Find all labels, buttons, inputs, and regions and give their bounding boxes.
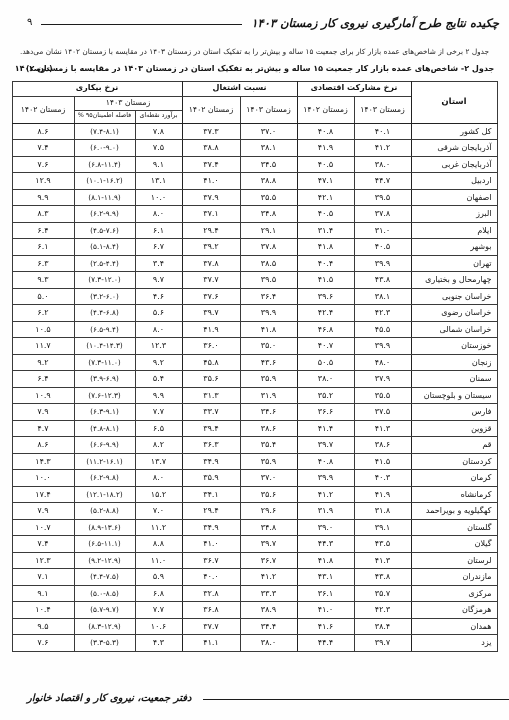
cell-unemployment-ci-1403: (۶.۳-۹.۱) [74, 404, 135, 421]
header-rule [41, 24, 242, 25]
cell-unemployment-1402: ۶.۴ [12, 222, 74, 239]
cell-unemployment-1402: ۶.۱ [12, 239, 74, 256]
header-participation-1403: زمستان ۱۴۰۳ [354, 96, 411, 123]
cell-employment-1403: ۳۱.۹ [240, 387, 297, 404]
cell-unemployment-ci-1403: (۱۰.۴-۱۴.۳) [74, 338, 135, 355]
cell-participation-1402: ۴۳.۱ [297, 569, 354, 586]
table-row: فارس۳۷.۵۳۶.۶۳۴.۶۳۳.۷۷.۷(۶.۳-۹.۱)۷.۹ [12, 404, 497, 421]
cell-province: قم [411, 437, 497, 454]
cell-unemployment-point-1403: ۱۰.۶ [135, 618, 182, 635]
header-participation-group: نرخ مشارکت اقتصادی [297, 81, 411, 96]
labor-market-table: استان نرخ مشارکت اقتصادی نسبت اشتغال نرخ… [12, 81, 498, 652]
cell-unemployment-ci-1403: (۵.۷-۹.۷) [74, 602, 135, 619]
cell-employment-1402: ۳۷.۱ [182, 206, 240, 223]
table-row: کرمانشاه۴۱.۹۴۱.۲۳۵.۶۳۴.۱۱۵.۲(۱۲.۱-۱۸.۲)۱… [12, 486, 497, 503]
cell-participation-1403: ۴۳.۸ [354, 569, 411, 586]
cell-participation-1402: ۳۹.۷ [297, 437, 354, 454]
cell-unemployment-point-1403: ۵.۹ [135, 569, 182, 586]
table-row: هرمزگان۴۲.۳۴۱.۰۳۸.۹۳۶.۸۷.۷(۵.۷-۹.۷)۱۰.۴ [12, 602, 497, 619]
cell-employment-1403: ۳۶.۷ [240, 552, 297, 569]
cell-unemployment-point-1403: ۷.۷ [135, 404, 182, 421]
cell-employment-1403: ۳۸.۶ [240, 420, 297, 437]
cell-unemployment-point-1403: ۹.۹ [135, 387, 182, 404]
cell-province: خراسان جنوبی [411, 288, 497, 305]
cell-unemployment-ci-1403: (۶.۸-۱۱.۴) [74, 156, 135, 173]
cell-employment-1402: ۳۷.۷ [182, 618, 240, 635]
cell-participation-1403: ۴۰.۵ [354, 239, 411, 256]
cell-participation-1402: ۳۶.۶ [297, 404, 354, 421]
cell-participation-1402: ۴۴.۳ [297, 536, 354, 553]
cell-province: همدان [411, 618, 497, 635]
cell-employment-1402: ۳۷.۳ [182, 123, 240, 140]
cell-employment-1403: ۳۷.۸ [240, 239, 297, 256]
footer: دفتر جمعیت، نیروی کار و اقتصاد خانوار [0, 693, 509, 704]
cell-unemployment-ci-1403: (۳.۹-۶.۹) [74, 371, 135, 388]
cell-employment-1403: ۳۴.۸ [240, 206, 297, 223]
table-row: قزوین۴۱.۳۴۱.۴۳۸.۶۳۹.۴۶.۵(۴.۸-۸.۱)۴.۷ [12, 420, 497, 437]
header-unemployment-1403: زمستان ۱۴۰۳ [74, 96, 182, 110]
cell-unemployment-ci-1403: (۸.۹-۱۳.۶) [74, 519, 135, 536]
cell-unemployment-ci-1403: (۶.۶-۹.۹) [74, 437, 135, 454]
cell-employment-1403: ۳۸.۵ [240, 255, 297, 272]
table-row: سمنان۳۷.۹۳۸.۰۳۵.۹۳۵.۶۵.۴(۳.۹-۶.۹)۶.۴ [12, 371, 497, 388]
cell-unemployment-point-1403: ۶.۸ [135, 585, 182, 602]
table-row: گلستان۳۹.۱۳۹.۰۳۴.۸۳۴.۹۱۱.۲(۸.۹-۱۳.۶)۱۰.۷ [12, 519, 497, 536]
table-row: همدان۳۸.۴۴۱.۶۳۴.۴۳۷.۷۱۰.۶(۸.۳-۱۲.۹)۹.۵ [12, 618, 497, 635]
cell-unemployment-1402: ۹.۲ [12, 354, 74, 371]
cell-province: اردبیل [411, 173, 497, 190]
table-row: قم۳۸.۶۳۹.۷۳۵.۴۳۶.۳۸.۲(۶.۶-۹.۹)۸.۶ [12, 437, 497, 454]
cell-unemployment-1402: ۱۷.۴ [12, 486, 74, 503]
cell-employment-1403: ۳۴.۶ [240, 404, 297, 421]
cell-unemployment-1402: ۵.۰ [12, 288, 74, 305]
cell-province: مرکزی [411, 585, 497, 602]
table-header: استان نرخ مشارکت اقتصادی نسبت اشتغال نرخ… [12, 81, 497, 123]
cell-participation-1403: ۴۸.۰ [354, 354, 411, 371]
cell-participation-1403: ۴۰.۱ [354, 123, 411, 140]
cell-participation-1403: ۳۹.۷ [354, 635, 411, 652]
cell-employment-1403: ۳۴.۸ [240, 519, 297, 536]
table-row: آذربایجان غربی۳۸.۰۴۰.۵۳۴.۵۳۷.۴۹.۱(۶.۸-۱۱… [12, 156, 497, 173]
cell-unemployment-point-1403: ۸.۰ [135, 321, 182, 338]
header-province: استان [411, 81, 497, 123]
cell-participation-1403: ۳۵.۵ [354, 387, 411, 404]
cell-participation-1403: ۴۱.۳ [354, 420, 411, 437]
cell-unemployment-point-1403: ۷.۷ [135, 602, 182, 619]
cell-unemployment-ci-1403: (۵.۰-۸.۵) [74, 585, 135, 602]
cell-participation-1402: ۴۰.۸ [297, 453, 354, 470]
cell-employment-1403: ۳۹.۹ [240, 305, 297, 322]
cell-employment-1403: ۳۴.۴ [240, 618, 297, 635]
cell-employment-1402: ۴۱.۰ [182, 536, 240, 553]
cell-unemployment-1402: ۱۰.۰ [12, 470, 74, 487]
cell-unemployment-point-1403: ۱۰.۰ [135, 189, 182, 206]
table-row: کهگیلویه و بویراحمد۳۱.۸۳۱.۹۲۹.۶۲۹.۴۷.۰(۵… [12, 503, 497, 520]
cell-unemployment-1402: ۶.۲ [12, 305, 74, 322]
cell-employment-1403: ۳۵.۶ [240, 486, 297, 503]
cell-unemployment-1402: ۸.۳ [12, 206, 74, 223]
cell-employment-1403: ۴۳.۶ [240, 354, 297, 371]
cell-province: اصفهان [411, 189, 497, 206]
cell-employment-1403: ۳۹.۵ [240, 272, 297, 289]
cell-employment-1402: ۳۴.۹ [182, 519, 240, 536]
cell-participation-1403: ۴۳.۵ [354, 536, 411, 553]
cell-employment-1402: ۳۶.۰ [182, 338, 240, 355]
cell-participation-1402: ۴۱.۰ [297, 602, 354, 619]
cell-participation-1403: ۴۵.۵ [354, 321, 411, 338]
cell-participation-1403: ۴۲.۳ [354, 602, 411, 619]
cell-employment-1403: ۳۸.۱ [240, 140, 297, 157]
cell-unemployment-point-1403: ۵.۶ [135, 305, 182, 322]
cell-employment-1402: ۳۴.۱ [182, 486, 240, 503]
cell-unemployment-point-1403: ۶.۱ [135, 222, 182, 239]
cell-province: البرز [411, 206, 497, 223]
cell-province: گلستان [411, 519, 497, 536]
cell-participation-1403: ۳۹.۱ [354, 519, 411, 536]
report-title: چکیده نتایج طرح آمارگیری نیروی کار زمستا… [251, 16, 499, 30]
table-row: مرکزی۳۵.۷۳۶.۱۳۳.۳۳۲.۸۶.۸(۵.۰-۸.۵)۹.۱ [12, 585, 497, 602]
cell-unemployment-1402: ۶.۴ [12, 371, 74, 388]
cell-unemployment-1402: ۹.۵ [12, 618, 74, 635]
cell-province: کردستان [411, 453, 497, 470]
cell-unemployment-point-1403: ۵.۴ [135, 371, 182, 388]
cell-unemployment-ci-1403: (۶.۰-۹.۰) [74, 140, 135, 157]
cell-employment-1403: ۳۵.۴ [240, 437, 297, 454]
cell-unemployment-point-1403: ۸.۰ [135, 206, 182, 223]
cell-participation-1403: ۳۸.۰ [354, 156, 411, 173]
header-participation-1402: زمستان ۱۴۰۲ [297, 96, 354, 123]
cell-province: ایلام [411, 222, 497, 239]
cell-unemployment-1402: ۱۰.۹ [12, 387, 74, 404]
cell-unemployment-1402: ۷.۶ [12, 635, 74, 652]
cell-participation-1403: ۳۹.۹ [354, 255, 411, 272]
cell-employment-1402: ۳۲.۸ [182, 585, 240, 602]
cell-unemployment-1402: ۷.۴ [12, 536, 74, 553]
cell-employment-1402: ۳۶.۸ [182, 602, 240, 619]
cell-unemployment-1402: ۱۲.۳ [12, 552, 74, 569]
cell-participation-1402: ۴۰.۵ [297, 206, 354, 223]
cell-participation-1402: ۴۱.۹ [297, 140, 354, 157]
cell-unemployment-point-1403: ۳.۴ [135, 255, 182, 272]
cell-employment-1403: ۲۹.۱ [240, 222, 297, 239]
cell-unemployment-1402: ۷.۱ [12, 569, 74, 586]
cell-employment-1402: ۴۵.۸ [182, 354, 240, 371]
cell-participation-1402: ۳۹.۶ [297, 288, 354, 305]
cell-unemployment-ci-1403: (۴.۴-۶.۸) [74, 305, 135, 322]
header-employment-group: نسبت اشتغال [182, 81, 297, 96]
cell-employment-1403: ۳۵.۵ [240, 189, 297, 206]
cell-employment-1403: ۲۹.۶ [240, 503, 297, 520]
cell-unemployment-point-1403: ۴.۳ [135, 635, 182, 652]
header-point-estimate: برآورد نقطه‌ای [135, 110, 182, 123]
cell-participation-1403: ۳۷.۹ [354, 371, 411, 388]
cell-province: سیستان و بلوچستان [411, 387, 497, 404]
cell-employment-1402: ۳۷.۴ [182, 156, 240, 173]
page-number: ۹ [27, 18, 32, 28]
cell-unemployment-ci-1403: (۷.۴-۸.۱) [74, 123, 135, 140]
cell-province: فارس [411, 404, 497, 421]
table-row: مازندران۴۳.۸۴۳.۱۴۱.۲۴۰.۰۵.۹(۴.۴-۷.۵)۷.۱ [12, 569, 497, 586]
cell-employment-1402: ۴۰.۰ [182, 569, 240, 586]
cell-unemployment-1402: ۷.۹ [12, 503, 74, 520]
cell-employment-1403: ۴۱.۸ [240, 321, 297, 338]
cell-unemployment-1402: ۱۱.۷ [12, 338, 74, 355]
cell-province: هرمزگان [411, 602, 497, 619]
table-row: ایلام۳۱.۰۳۱.۴۲۹.۱۲۹.۴۶.۱(۴.۵-۷.۶)۶.۴ [12, 222, 497, 239]
cell-participation-1403: ۴۰.۳ [354, 470, 411, 487]
cell-unemployment-1402: ۶.۳ [12, 255, 74, 272]
cell-participation-1403: ۴۱.۹ [354, 486, 411, 503]
cell-unemployment-point-1403: ۸.۰ [135, 470, 182, 487]
table-row: خراسان شمالی۴۵.۵۴۶.۸۴۱.۸۴۱.۹۸.۰(۶.۵-۹.۴)… [12, 321, 497, 338]
table-row: خراسان رضوی۴۲.۳۴۲.۴۳۹.۹۳۹.۷۵.۶(۴.۴-۶.۸)۶… [12, 305, 497, 322]
cell-unemployment-point-1403: ۱۵.۲ [135, 486, 182, 503]
footer-rule [203, 699, 509, 700]
cell-unemployment-point-1403: ۴.۶ [135, 288, 182, 305]
cell-unemployment-point-1403: ۹.۷ [135, 272, 182, 289]
table-title: جدول ۲- شاخص‌های عمده بازار کار جمعیت ۱۵… [0, 64, 509, 73]
cell-participation-1402: ۴۱.۶ [297, 618, 354, 635]
cell-participation-1402: ۴۱.۲ [297, 486, 354, 503]
cell-participation-1402: ۴۰.۸ [297, 123, 354, 140]
cell-province: کل کشور [411, 123, 497, 140]
cell-employment-1403: ۳۳.۳ [240, 585, 297, 602]
cell-employment-1403: ۳۴.۵ [240, 156, 297, 173]
table-row: یزد۳۹.۷۴۴.۴۳۸.۰۴۱.۱۴.۳(۳.۳-۵.۳)۷.۶ [12, 635, 497, 652]
cell-employment-1402: ۳۷.۷ [182, 272, 240, 289]
table-title-row: جدول ۲- شاخص‌های عمده بازار کار جمعیت ۱۵… [0, 64, 509, 76]
cell-participation-1402: ۴۲.۴ [297, 305, 354, 322]
cell-province: یزد [411, 635, 497, 652]
cell-unemployment-1402: ۱۰.۴ [12, 602, 74, 619]
cell-participation-1402: ۴۲.۱ [297, 189, 354, 206]
table-row: چهارمحال و بختیاری۴۳.۸۴۱.۵۳۹.۵۳۷.۷۹.۷(۷.… [12, 272, 497, 289]
cell-province: کرمان [411, 470, 497, 487]
cell-participation-1402: ۳۹.۰ [297, 519, 354, 536]
cell-participation-1402: ۴۷.۱ [297, 173, 354, 190]
cell-employment-1402: ۲۹.۴ [182, 222, 240, 239]
cell-unemployment-ci-1403: (۱۰.۱-۱۶.۲) [74, 173, 135, 190]
cell-province: زنجان [411, 354, 497, 371]
header-employment-1402: زمستان ۱۴۰۲ [182, 96, 240, 123]
table-row: اردبیل۴۴.۷۴۷.۱۳۸.۸۴۱.۰۱۳.۱(۱۰.۱-۱۶.۲)۱۲.… [12, 173, 497, 190]
cell-province: کرمانشاه [411, 486, 497, 503]
table-row: سیستان و بلوچستان۳۵.۵۳۵.۲۳۱.۹۳۱.۳۹.۹(۷.۶… [12, 387, 497, 404]
cell-employment-1402: ۳۵.۹ [182, 470, 240, 487]
cell-participation-1402: ۳۶.۱ [297, 585, 354, 602]
table-row: خوزستان۳۹.۹۴۰.۷۳۵.۰۳۶.۰۱۲.۳(۱۰.۴-۱۴.۳)۱۱… [12, 338, 497, 355]
cell-province: تهران [411, 255, 497, 272]
header-unemployment-group: نرخ بیکاری [12, 81, 182, 96]
cell-unemployment-1402: ۹.۱ [12, 585, 74, 602]
cell-unemployment-1402: ۸.۶ [12, 437, 74, 454]
table-row: خراسان جنوبی۳۸.۱۳۹.۶۳۶.۴۳۷.۶۴.۶(۳.۲-۶.۰)… [12, 288, 497, 305]
cell-participation-1403: ۳۹.۵ [354, 189, 411, 206]
table-row: البرز۳۷.۸۴۰.۵۳۴.۸۳۷.۱۸.۰(۶.۲-۹.۹)۸.۳ [12, 206, 497, 223]
cell-province: قزوین [411, 420, 497, 437]
cell-unemployment-point-1403: ۱۳.۷ [135, 453, 182, 470]
cell-employment-1402: ۳۶.۷ [182, 552, 240, 569]
cell-employment-1402: ۳۱.۳ [182, 387, 240, 404]
cell-unemployment-ci-1403: (۴.۴-۷.۵) [74, 569, 135, 586]
cell-participation-1402: ۳۸.۰ [297, 371, 354, 388]
cell-employment-1403: ۳۵.۹ [240, 453, 297, 470]
cell-participation-1402: ۳۱.۴ [297, 222, 354, 239]
cell-participation-1402: ۳۱.۹ [297, 503, 354, 520]
cell-employment-1403: ۳۶.۴ [240, 288, 297, 305]
header-unemployment-1402: زمستان ۱۴۰۲ [12, 96, 74, 123]
cell-participation-1402: ۴۱.۸ [297, 552, 354, 569]
table-row: زنجان۴۸.۰۵۰.۵۴۳.۶۴۵.۸۹.۲(۷.۳-۱۱.۰)۹.۲ [12, 354, 497, 371]
cell-unemployment-point-1403: ۶.۷ [135, 239, 182, 256]
cell-participation-1403: ۴۱.۲ [354, 140, 411, 157]
cell-participation-1402: ۴۴.۴ [297, 635, 354, 652]
cell-unemployment-point-1403: ۸.۲ [135, 437, 182, 454]
cell-unemployment-ci-1403: (۶.۵-۱۱.۱) [74, 536, 135, 553]
cell-participation-1403: ۳۸.۴ [354, 618, 411, 635]
cell-unemployment-ci-1403: (۳.۳-۵.۳) [74, 635, 135, 652]
cell-employment-1403: ۳۷.۰ [240, 470, 297, 487]
cell-participation-1402: ۴۱.۸ [297, 239, 354, 256]
cell-unemployment-1402: ۷.۶ [12, 156, 74, 173]
cell-unemployment-ci-1403: (۲.۵-۴.۴) [74, 255, 135, 272]
cell-unemployment-ci-1403: (۴.۵-۷.۶) [74, 222, 135, 239]
cell-unemployment-1402: ۱۲.۹ [12, 173, 74, 190]
unit-note: (درصد) [26, 64, 53, 73]
cell-employment-1402: ۳۵.۶ [182, 371, 240, 388]
header-confidence-interval: فاصله اطمینان۹۵ % [74, 110, 135, 123]
cell-unemployment-point-1403: ۷.۵ [135, 140, 182, 157]
table-body: کل کشور۴۰.۱۴۰.۸۳۷.۰۳۷.۳۷.۸(۷.۴-۸.۱)۸.۶آذ… [12, 123, 497, 651]
cell-unemployment-1402: ۱۰.۷ [12, 519, 74, 536]
header-employment-1403: زمستان ۱۴۰۳ [240, 96, 297, 123]
table-row: بوشهر۴۰.۵۴۱.۸۳۷.۸۳۹.۲۶.۷(۵.۱-۸.۴)۶.۱ [12, 239, 497, 256]
cell-participation-1402: ۳۵.۲ [297, 387, 354, 404]
cell-employment-1402: ۳۹.۴ [182, 420, 240, 437]
cell-unemployment-1402: ۷.۴ [12, 140, 74, 157]
cell-unemployment-ci-1403: (۶.۲-۹.۹) [74, 206, 135, 223]
cell-unemployment-ci-1403: (۳.۲-۶.۰) [74, 288, 135, 305]
cell-employment-1403: ۴۱.۲ [240, 569, 297, 586]
cell-participation-1402: ۵۰.۵ [297, 354, 354, 371]
cell-participation-1402: ۴۰.۴ [297, 255, 354, 272]
cell-unemployment-point-1403: ۸.۸ [135, 536, 182, 553]
cell-unemployment-1402: ۱۰.۵ [12, 321, 74, 338]
cell-employment-1403: ۳۵.۹ [240, 371, 297, 388]
cell-participation-1403: ۳۸.۶ [354, 437, 411, 454]
cell-employment-1402: ۳۶.۳ [182, 437, 240, 454]
cell-participation-1402: ۴۱.۵ [297, 272, 354, 289]
table-row: کردستان۴۱.۵۴۰.۸۳۵.۹۳۴.۹۱۳.۷(۱۱.۲-۱۶.۱)۱۴… [12, 453, 497, 470]
cell-province: سمنان [411, 371, 497, 388]
cell-employment-1402: ۳۴.۹ [182, 453, 240, 470]
cell-unemployment-ci-1403: (۶.۲-۹.۸) [74, 470, 135, 487]
cell-participation-1403: ۳۱.۸ [354, 503, 411, 520]
cell-unemployment-1402: ۹.۳ [12, 272, 74, 289]
cell-province: لرستان [411, 552, 497, 569]
cell-unemployment-point-1403: ۶.۵ [135, 420, 182, 437]
cell-employment-1402: ۳۳.۷ [182, 404, 240, 421]
cell-participation-1403: ۳۵.۷ [354, 585, 411, 602]
cell-unemployment-point-1403: ۱۱.۲ [135, 519, 182, 536]
cell-province: چهارمحال و بختیاری [411, 272, 497, 289]
cell-employment-1403: ۳۷.۰ [240, 123, 297, 140]
table-row: گیلان۴۳.۵۴۴.۳۳۹.۷۴۱.۰۸.۸(۶.۵-۱۱.۱)۷.۴ [12, 536, 497, 553]
cell-unemployment-point-1403: ۱۱.۰ [135, 552, 182, 569]
cell-employment-1403: ۳۸.۸ [240, 173, 297, 190]
cell-participation-1403: ۴۱.۳ [354, 552, 411, 569]
running-head: چکیده نتایج طرح آمارگیری نیروی کار زمستا… [0, 0, 509, 30]
cell-unemployment-ci-1403: (۸.۳-۱۲.۹) [74, 618, 135, 635]
cell-employment-1402: ۳۸.۸ [182, 140, 240, 157]
cell-employment-1402: ۳۷.۹ [182, 189, 240, 206]
cell-employment-1402: ۳۹.۲ [182, 239, 240, 256]
cell-unemployment-1402: ۴.۷ [12, 420, 74, 437]
cell-employment-1402: ۳۷.۸ [182, 255, 240, 272]
table-row: آذربایجان شرقی۴۱.۲۴۱.۹۳۸.۱۳۸.۸۷.۵(۶.۰-۹.… [12, 140, 497, 157]
cell-employment-1402: ۴۱.۰ [182, 173, 240, 190]
cell-unemployment-point-1403: ۱۳.۱ [135, 173, 182, 190]
cell-unemployment-1402: ۷.۹ [12, 404, 74, 421]
cell-province: گیلان [411, 536, 497, 553]
cell-participation-1403: ۴۲.۳ [354, 305, 411, 322]
cell-participation-1403: ۴۱.۵ [354, 453, 411, 470]
table-row: کرمان۴۰.۳۳۹.۹۳۷.۰۳۵.۹۸.۰(۶.۲-۹.۸)۱۰.۰ [12, 470, 497, 487]
cell-unemployment-ci-1403: (۹.۲-۱۲.۹) [74, 552, 135, 569]
cell-province: مازندران [411, 569, 497, 586]
cell-participation-1402: ۳۹.۹ [297, 470, 354, 487]
cell-unemployment-point-1403: ۹.۱ [135, 156, 182, 173]
footer-office-name: دفتر جمعیت، نیروی کار و اقتصاد خانوار [27, 693, 191, 704]
cell-employment-1403: ۳۸.۹ [240, 602, 297, 619]
cell-unemployment-ci-1403: (۴.۸-۸.۱) [74, 420, 135, 437]
cell-unemployment-1402: ۱۴.۳ [12, 453, 74, 470]
cell-employment-1402: ۴۱.۱ [182, 635, 240, 652]
cell-participation-1403: ۳۸.۱ [354, 288, 411, 305]
cell-employment-1403: ۳۹.۷ [240, 536, 297, 553]
cell-unemployment-ci-1403: (۵.۱-۸.۴) [74, 239, 135, 256]
cell-unemployment-1402: ۹.۹ [12, 189, 74, 206]
cell-unemployment-point-1403: ۱۲.۳ [135, 338, 182, 355]
table-row: تهران۳۹.۹۴۰.۴۳۸.۵۳۷.۸۳.۴(۲.۵-۴.۴)۶.۳ [12, 255, 497, 272]
cell-participation-1402: ۴۶.۸ [297, 321, 354, 338]
cell-participation-1403: ۳۷.۸ [354, 206, 411, 223]
cell-employment-1403: ۳۵.۰ [240, 338, 297, 355]
table-row: کل کشور۴۰.۱۴۰.۸۳۷.۰۳۷.۳۷.۸(۷.۴-۸.۱)۸.۶ [12, 123, 497, 140]
cell-unemployment-ci-1403: (۶.۵-۹.۴) [74, 321, 135, 338]
cell-unemployment-ci-1403: (۷.۶-۱۲.۳) [74, 387, 135, 404]
cell-unemployment-1402: ۸.۶ [12, 123, 74, 140]
cell-unemployment-ci-1403: (۵.۲-۸.۸) [74, 503, 135, 520]
cell-employment-1403: ۳۸.۰ [240, 635, 297, 652]
cell-participation-1402: ۴۰.۷ [297, 338, 354, 355]
cell-employment-1402: ۴۱.۹ [182, 321, 240, 338]
cell-province: آذربایجان شرقی [411, 140, 497, 157]
cell-unemployment-ci-1403: (۷.۳-۱۱.۰) [74, 354, 135, 371]
cell-participation-1402: ۴۱.۴ [297, 420, 354, 437]
cell-province: خراسان شمالی [411, 321, 497, 338]
cell-unemployment-point-1403: ۷.۸ [135, 123, 182, 140]
cell-employment-1402: ۲۹.۴ [182, 503, 240, 520]
cell-province: خراسان رضوی [411, 305, 497, 322]
cell-employment-1402: ۳۷.۶ [182, 288, 240, 305]
cell-unemployment-ci-1403: (۱۱.۲-۱۶.۱) [74, 453, 135, 470]
cell-participation-1403: ۳۹.۹ [354, 338, 411, 355]
cell-unemployment-ci-1403: (۸.۱-۱۱.۹) [74, 189, 135, 206]
cell-participation-1403: ۳۱.۰ [354, 222, 411, 239]
cell-unemployment-point-1403: ۷.۰ [135, 503, 182, 520]
cell-unemployment-ci-1403: (۷.۳-۱۲.۰) [74, 272, 135, 289]
